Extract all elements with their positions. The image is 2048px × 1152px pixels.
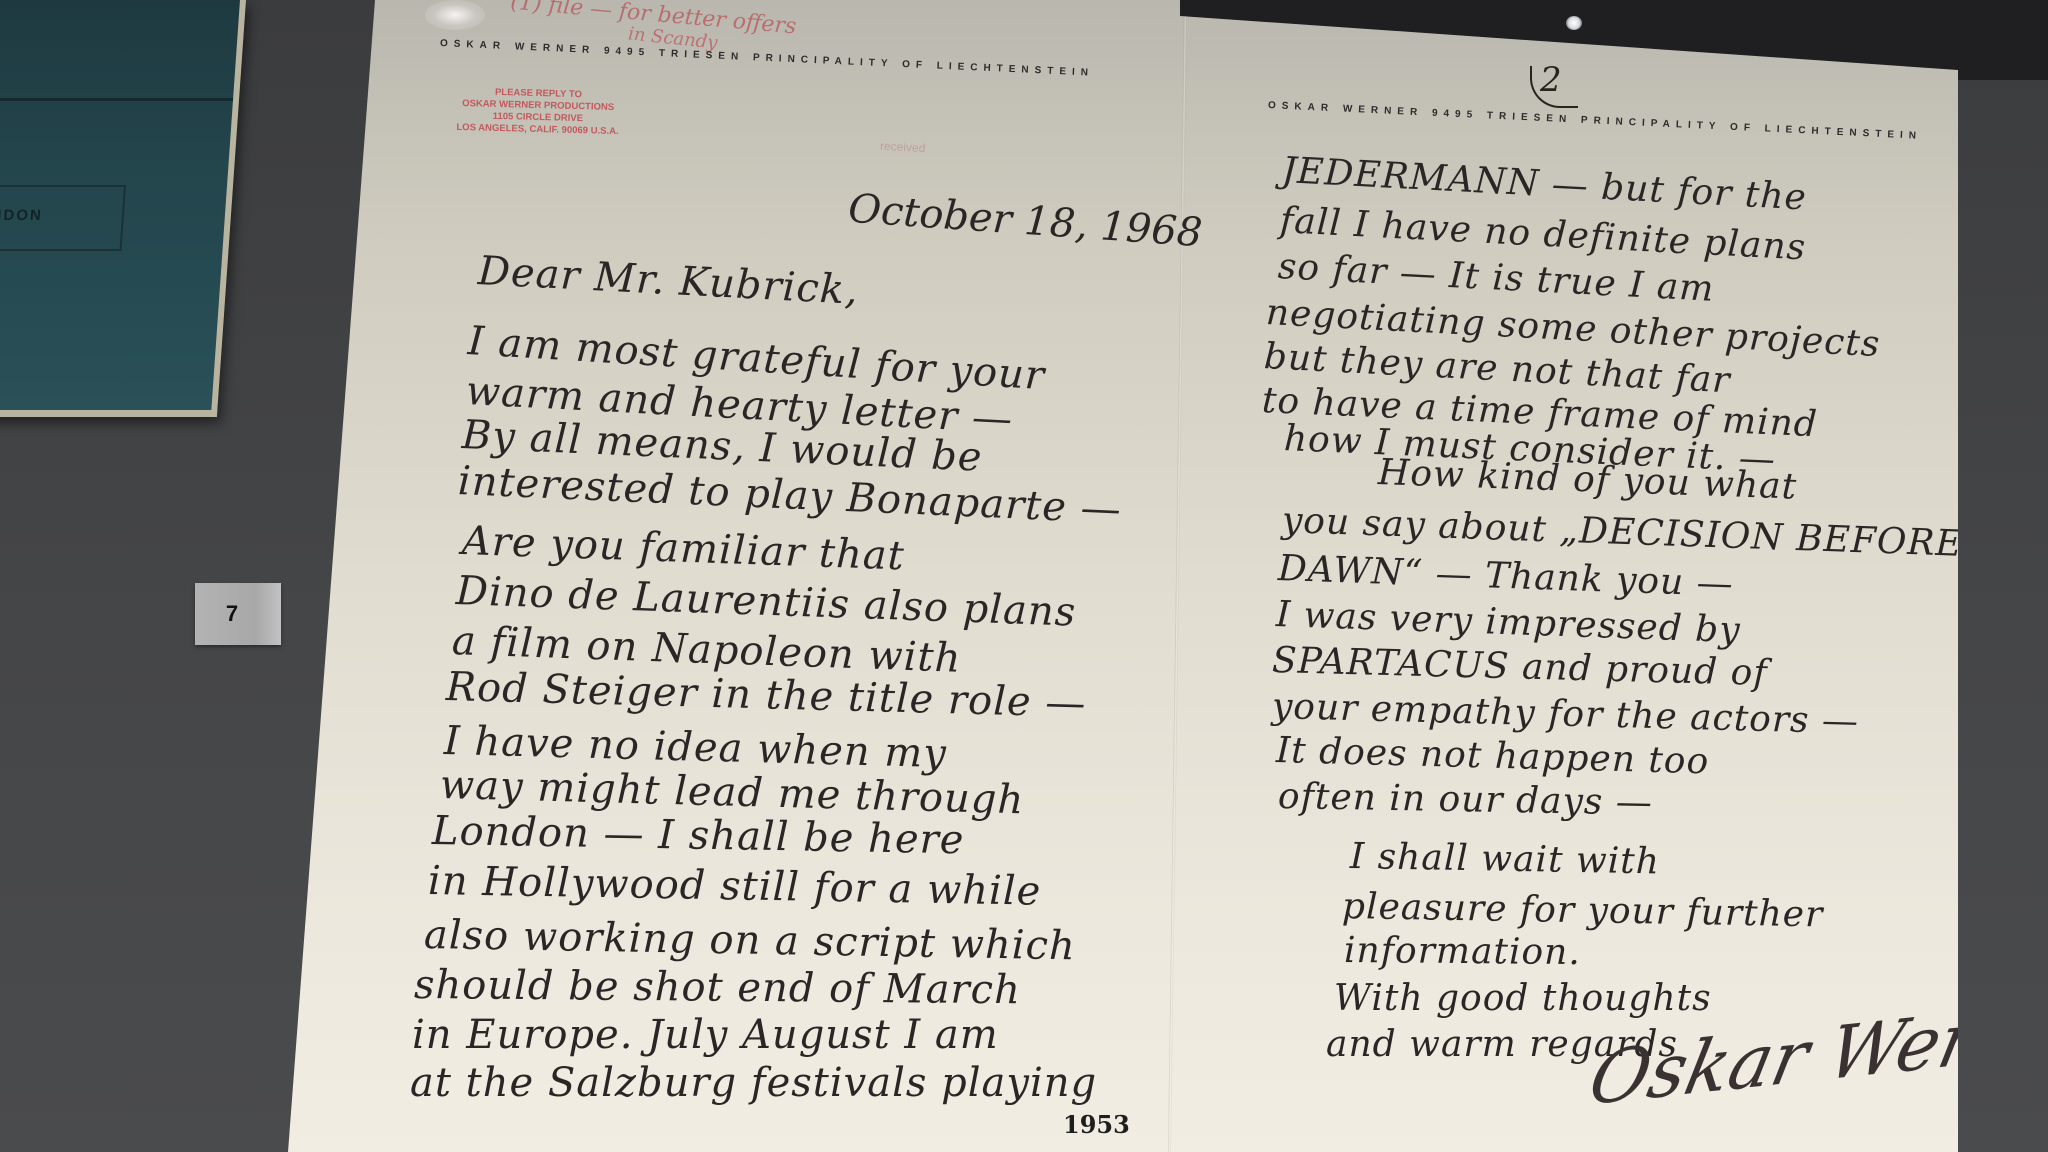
handwritten-line: at the Salzburg festivals playing xyxy=(410,1060,1097,1106)
glass-glare xyxy=(425,0,485,30)
handwritten-line: I shall wait with xyxy=(1350,836,1661,882)
handwritten-line: It does not happen too xyxy=(1275,730,1709,782)
book-cover-band xyxy=(0,98,233,101)
book-cover: ONDON xyxy=(0,0,246,417)
handwritten-line: in Europe. July August I am xyxy=(412,1012,999,1058)
handwritten-line: London — I shall be here xyxy=(432,808,965,863)
reply-address-stamp: PLEASE REPLY TO OSKAR WERNER PRODUCTIONS… xyxy=(417,85,658,139)
handwritten-line: Rod Steiger in the title role — xyxy=(445,664,1087,727)
page-fold-line xyxy=(1168,0,1187,1152)
handwritten-line: also working on a script which xyxy=(424,912,1077,969)
exhibit-number: 7 xyxy=(226,601,238,627)
letter-paper: (1) file — for better offers in Scandy O… xyxy=(0,0,2048,1152)
letterhead-page-one: OSKAR WERNER 9495 TRIESEN PRINCIPALITY O… xyxy=(440,38,1095,79)
book-title-plate: ONDON xyxy=(0,185,126,251)
handwritten-line: should be shot end of March xyxy=(414,962,1021,1013)
handwritten-line: often in our days — xyxy=(1278,776,1653,824)
book-title-text: ONDON xyxy=(0,207,43,224)
closing-line: With good thoughts xyxy=(1334,978,1712,1019)
page-two-number: 2 xyxy=(1540,60,1562,100)
letterhead-page-two: OSKAR WERNER 9495 TRIESEN PRINCIPALITY O… xyxy=(1268,100,1922,142)
faint-red-mark: received xyxy=(880,139,926,155)
letter-date: October 18, 1968 xyxy=(847,186,1204,257)
light-reflection xyxy=(1566,16,1582,30)
exhibit-number-label: 7 xyxy=(195,583,281,645)
handwritten-line: pleasure for your further xyxy=(1342,886,1824,935)
handwritten-line: in Hollywood still for a while xyxy=(428,858,1042,915)
exhibit-photo: ONDON 7 (1) file — for better offers in … xyxy=(0,0,2048,1152)
folio-number: 1953 xyxy=(1063,1110,1130,1139)
handwritten-line: information. xyxy=(1344,930,1581,973)
salutation: Dear Mr. Kubrick, xyxy=(477,248,860,314)
